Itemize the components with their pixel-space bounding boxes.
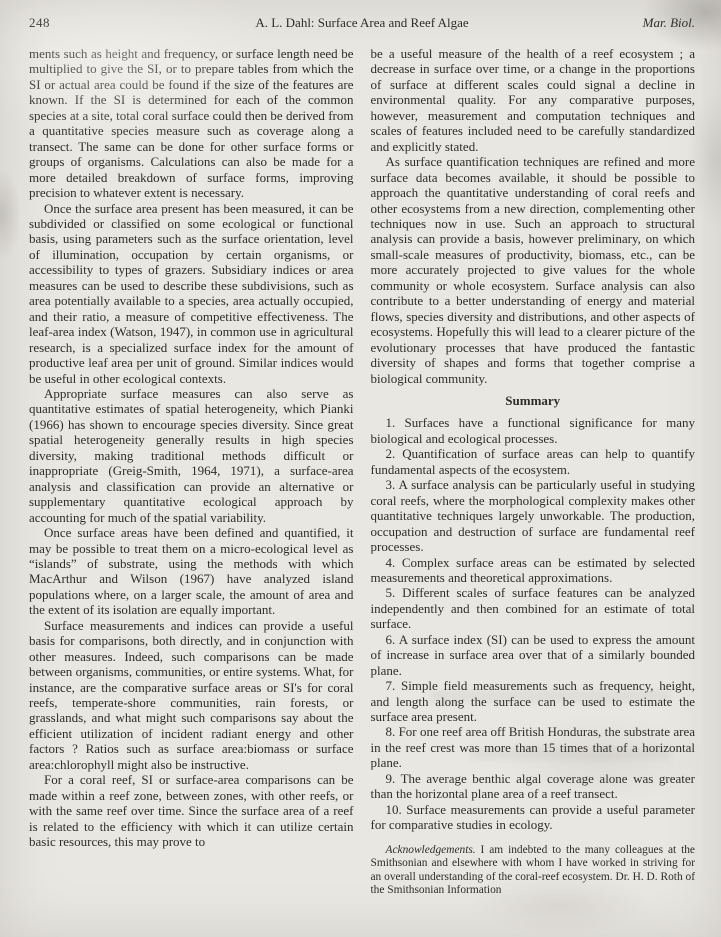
summary-item: 5. Different scales of surface features … [371, 585, 696, 631]
body-paragraph: Once the surface area present has been m… [29, 201, 354, 386]
running-title: A. L. Dahl: Surface Area and Reef Algae [119, 15, 605, 31]
acknowledgements-label: Acknowledgements. [386, 844, 476, 856]
body-paragraph: For a coral reef, SI or surface-area com… [29, 772, 354, 849]
summary-item: 7. Simple field measurements such as fre… [371, 678, 696, 724]
body-paragraph: ments such as height and frequency, or s… [29, 46, 354, 201]
right-column: be a useful measure of the health of a r… [371, 46, 696, 898]
summary-item: 2. Quantification of surface areas can h… [371, 446, 696, 477]
summary-item: 3. A surface analysis can be particularl… [371, 477, 696, 554]
body-paragraph: Surface measurements and indices can pro… [29, 618, 354, 773]
summary-item: 9. The average benthic algal coverage al… [371, 771, 696, 802]
journal-abbreviation: Mar. Biol. [605, 15, 695, 31]
left-column: ments such as height and frequency, or s… [29, 46, 354, 898]
summary-item: 6. A surface index (SI) can be used to e… [371, 632, 696, 678]
body-paragraph: Appropriate surface measures can also se… [29, 386, 354, 525]
body-paragraph: be a useful measure of the health of a r… [371, 46, 696, 154]
body-paragraph: As surface quantification techniques are… [371, 154, 696, 386]
summary-item: 10. Surface measurements can provide a u… [371, 802, 696, 833]
page-number: 248 [29, 15, 119, 31]
running-header: 248 A. L. Dahl: Surface Area and Reef Al… [29, 15, 695, 31]
two-column-body: ments such as height and frequency, or s… [29, 46, 695, 898]
scanned-paper-page: 248 A. L. Dahl: Surface Area and Reef Al… [0, 0, 721, 937]
summary-heading: Summary [371, 393, 696, 408]
summary-item: 1. Surfaces have a functional significan… [371, 415, 696, 446]
summary-item: 8. For one reef area off British Hondura… [371, 724, 696, 770]
body-paragraph: Once surface areas have been defined and… [29, 525, 354, 618]
summary-item: 4. Complex surface areas can be estimate… [371, 555, 696, 586]
acknowledgements-paragraph: Acknowledgements. I am indebted to the m… [371, 844, 696, 898]
